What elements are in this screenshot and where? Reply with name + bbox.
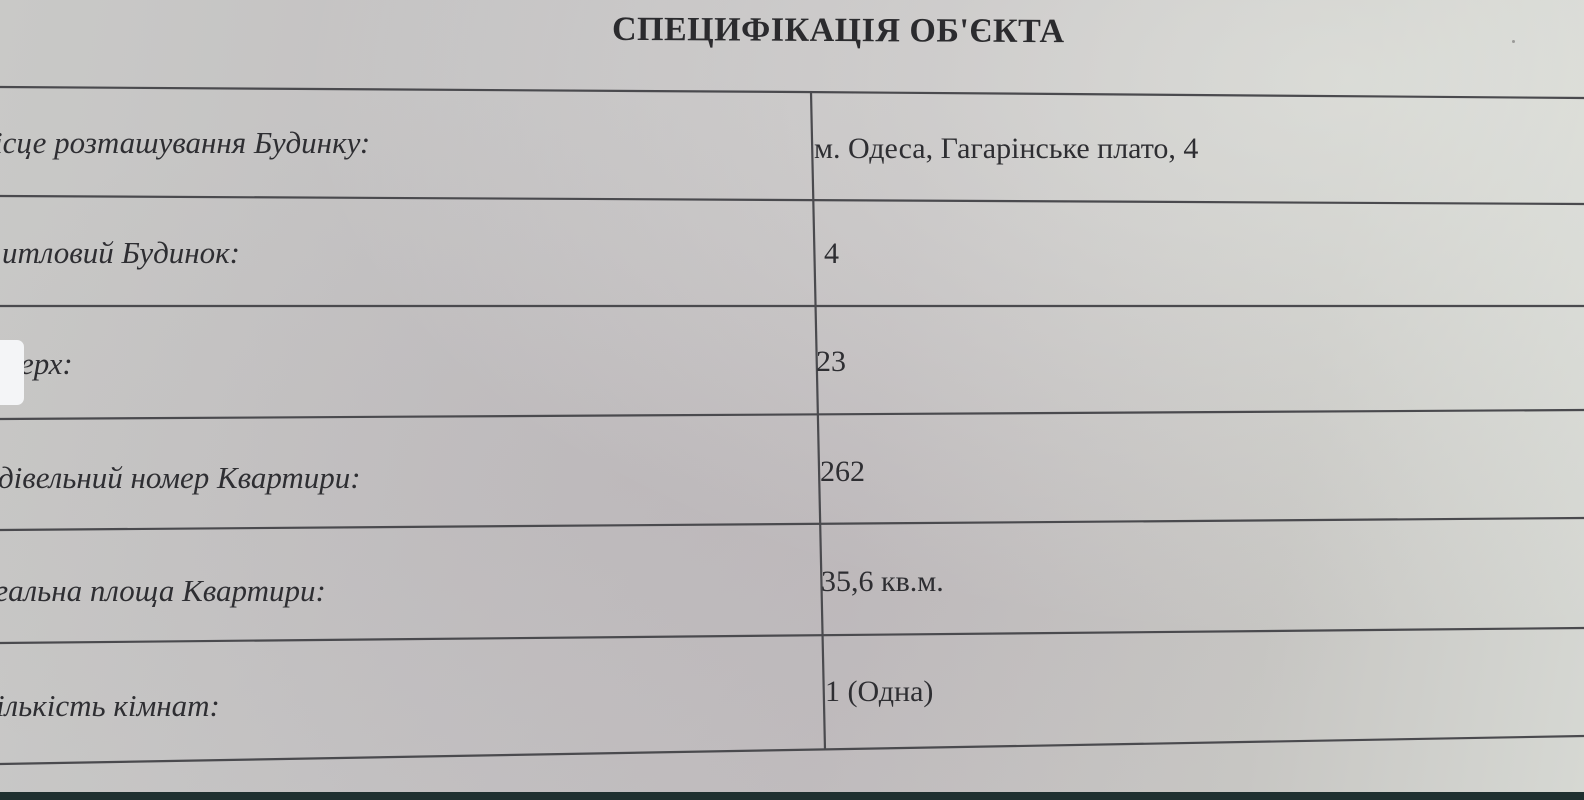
table-column-divider	[811, 92, 825, 750]
row-label-location: ісце розташування Будинку:	[0, 125, 370, 161]
row-value-floor: 23	[816, 345, 846, 379]
table-rule-bottom	[0, 736, 1584, 764]
table-rule-row5	[0, 628, 1584, 643]
row-value-location: м. Одеса, Гагарінське плато, 4	[814, 132, 1198, 166]
row-label-room-count: ількість кімнат:	[0, 688, 220, 724]
table-rule-row1	[0, 196, 1584, 204]
table-rule-top	[0, 87, 1584, 98]
row-label-building: итловий Будинок:	[2, 235, 240, 271]
bottom-edge-strip	[0, 792, 1584, 800]
edge-overlay-chip[interactable]	[0, 340, 24, 405]
table-rule-row3	[0, 410, 1584, 419]
table-rule-row4	[0, 518, 1584, 530]
paper-speck	[1512, 40, 1515, 43]
row-value-apartment-number: 262	[820, 455, 865, 489]
row-value-total-area: 35,6 кв.м.	[821, 565, 944, 599]
row-label-floor: ерх:	[20, 346, 73, 382]
row-value-room-count: 1 (Одна)	[825, 675, 933, 709]
row-label-apartment-number: дівельний номер Квартири:	[0, 460, 361, 496]
row-value-building: 4	[824, 237, 839, 271]
spec-table-grid	[0, 0, 1584, 800]
row-label-total-area: гальна площа Квартири:	[0, 573, 326, 609]
